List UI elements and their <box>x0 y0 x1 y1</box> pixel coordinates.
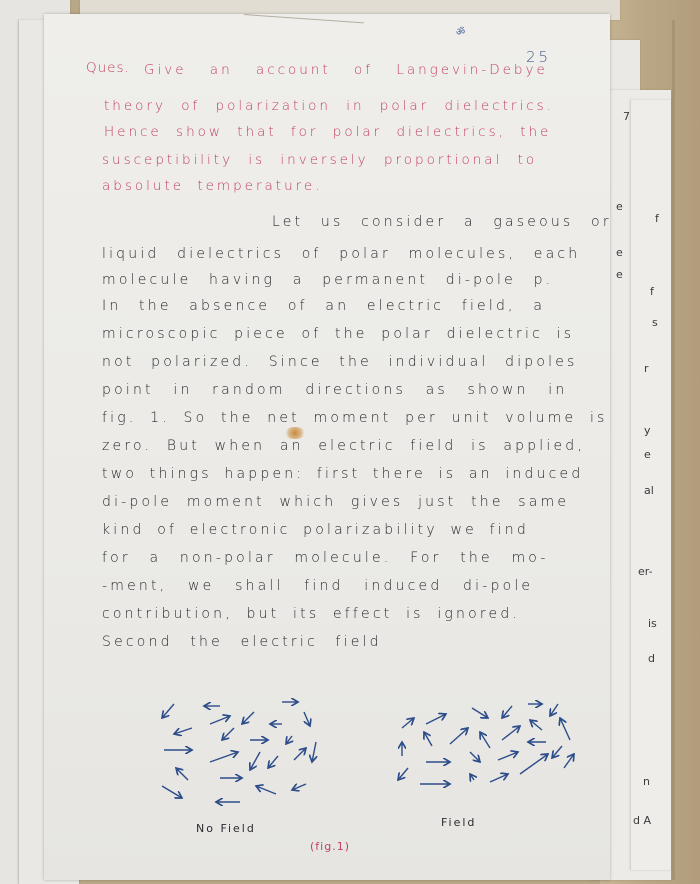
back-fragment: 7 <box>623 110 630 123</box>
answer-line: kind of electronic polarizability we fin… <box>102 522 529 538</box>
question-line: Hence show that for polar dielectrics, t… <box>104 124 551 140</box>
answer-line: Second the electric field <box>102 634 382 650</box>
back-fragment: s <box>652 316 658 329</box>
answer-line: In the absence of an electric field, a <box>102 298 545 314</box>
page-stamp: ॐ <box>456 24 465 38</box>
no-field-caption: No Field <box>196 822 256 835</box>
back-fragment: y <box>644 424 651 437</box>
question-line: theory of polarization in polar dielectr… <box>104 98 554 114</box>
answer-line: contribution, but its effect is ignored. <box>102 606 520 622</box>
diagram-field <box>390 696 590 796</box>
random-dipoles-icon <box>152 690 332 810</box>
question-line: Give an account of Langevin-Debye <box>144 62 548 78</box>
question-line: susceptibility is inversely proportional… <box>102 152 537 168</box>
back-fragment: r <box>644 362 649 375</box>
aligned-dipoles-icon <box>390 696 590 796</box>
folder-edge <box>672 20 675 880</box>
answer-line: zero. But when an electric field is appl… <box>102 438 585 454</box>
back-fragment: e <box>616 268 623 281</box>
back-fragment: n <box>643 775 650 788</box>
answer-line: liquid dielectrics of polar molecules, e… <box>102 246 580 262</box>
back-fragment: d <box>648 652 655 665</box>
back-fragment: al <box>644 484 654 497</box>
answer-line: for a non-polar molecule. For the mo- <box>102 550 549 566</box>
back-fragment: f <box>655 212 659 225</box>
rust-stain <box>284 427 306 439</box>
answer-line: -ment, we shall find induced di-pole <box>102 578 533 594</box>
handwritten-page: ॐ 25 Ques. Give an account of Langevin-D… <box>44 14 610 880</box>
back-fragment: d A <box>633 814 651 827</box>
question-label: Ques. <box>86 60 130 76</box>
answer-line: molecule having a permanent di-pole p. <box>102 272 553 288</box>
back-fragment: e <box>644 448 651 461</box>
answer-line: fig. 1. So the net moment per unit volum… <box>102 410 608 426</box>
answer-line: Let us consider a gaseous or <box>272 214 612 230</box>
answer-line: not polarized. Since the individual dipo… <box>102 354 578 370</box>
back-fragment: f <box>650 285 654 298</box>
figure-label: (fig.1) <box>310 840 350 853</box>
answer-line: di-pole moment which gives just the same <box>102 494 569 510</box>
back-fragment: er- <box>638 565 653 578</box>
answer-line: microscopic piece of the polar dielectri… <box>102 326 574 342</box>
question-line: absolute temperature. <box>102 178 322 194</box>
paper-tear <box>244 14 364 25</box>
diagram-no-field <box>152 690 332 810</box>
back-fragment: is <box>648 617 657 630</box>
field-caption: Field <box>441 816 476 829</box>
answer-line: point in random directions as shown in <box>102 382 567 398</box>
answer-line: two things happen: first there is an ind… <box>102 466 583 482</box>
back-fragment: e <box>616 200 623 213</box>
back-fragment: e <box>616 246 623 259</box>
